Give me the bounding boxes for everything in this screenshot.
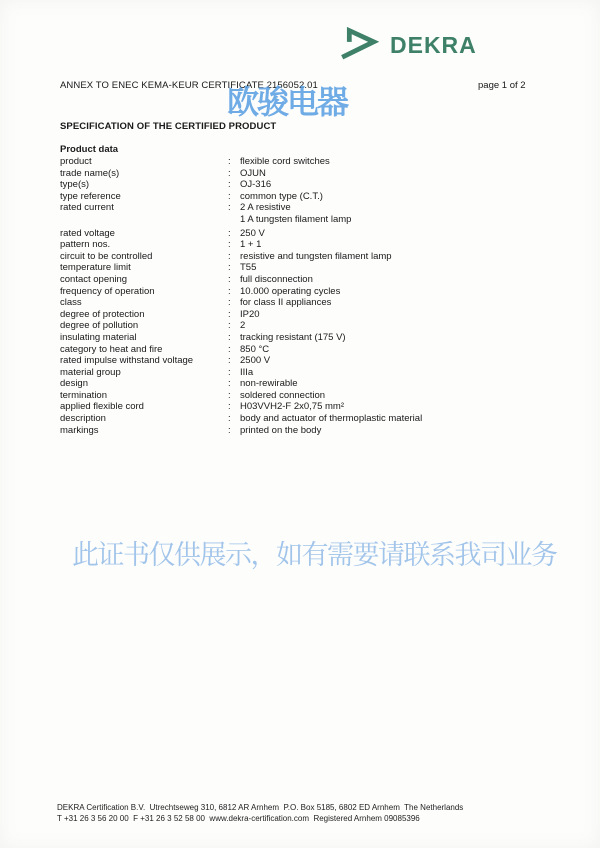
product-row-label: pattern nos. [60, 239, 228, 251]
product-row-label: insulating material [60, 332, 228, 344]
product-row-colon: : [228, 425, 240, 437]
product-row-colon: : [228, 228, 240, 240]
product-row-colon: : [228, 191, 240, 203]
product-row-label: type reference [60, 191, 228, 203]
page-indicator: page 1 of 2 [478, 80, 526, 91]
product-row-label: temperature limit [60, 262, 228, 274]
product-row-value: OJ-316 [240, 179, 550, 191]
product-row-colon: : [228, 262, 240, 274]
product-row: rated current:2 A resistive [60, 202, 550, 214]
product-row-label: degree of protection [60, 309, 228, 321]
product-row: temperature limit:T55 [60, 262, 550, 274]
watermark-company-name: 欧骏电器 [227, 77, 347, 123]
product-row: type(s):OJ-316 [60, 179, 550, 191]
product-row-colon: : [228, 413, 240, 425]
product-row-value: soldered connection [240, 390, 550, 402]
product-row: trade name(s):OJUN [60, 168, 550, 180]
product-row-value: OJUN [240, 168, 550, 180]
product-row-colon: : [228, 202, 240, 214]
product-row: circuit to be controlled:resistive and t… [60, 251, 550, 263]
product-row-label: class [60, 297, 228, 309]
product-row-label: type(s) [60, 179, 228, 191]
product-row-label: contact opening [60, 274, 228, 286]
product-row-colon: : [228, 309, 240, 321]
product-row: degree of pollution:2 [60, 320, 550, 332]
product-row-label: material group [60, 367, 228, 379]
product-row-value: 1 + 1 [240, 239, 550, 251]
product-row-label: design [60, 378, 228, 390]
product-row-colon: : [228, 401, 240, 413]
product-row-colon: : [228, 367, 240, 379]
product-row-colon: : [228, 390, 240, 402]
product-row: description:body and actuator of thermop… [60, 413, 550, 425]
dekra-logo: DEKRA [341, 26, 477, 65]
product-row: class:for class II appliances [60, 297, 550, 309]
product-row-colon: : [228, 378, 240, 390]
product-row-label: rated voltage [60, 228, 228, 240]
dekra-logo-text: DEKRA [390, 32, 477, 59]
product-row-colon: : [228, 156, 240, 168]
product-row: termination:soldered connection [60, 390, 550, 402]
product-row-colon: : [228, 320, 240, 332]
product-row: contact opening:full disconnection [60, 274, 550, 286]
product-row-value: for class II appliances [240, 297, 550, 309]
product-row: design:non-rewirable [60, 378, 550, 390]
product-row-label: description [60, 413, 228, 425]
product-row-value: IIIa [240, 367, 550, 379]
product-row-value: H03VVH2-F 2x0,75 mm² [240, 401, 550, 413]
product-row-colon: : [228, 251, 240, 263]
footer: DEKRA Certification B.V. Utrechtseweg 31… [57, 802, 463, 825]
product-row-colon: : [228, 274, 240, 286]
product-row: rated impulse withstand voltage:2500 V [60, 355, 550, 367]
product-row-colon [228, 214, 240, 226]
product-row-value: tracking resistant (175 V) [240, 332, 550, 344]
product-row-label: product [60, 156, 228, 168]
product-data-table: product:flexible cord switchestrade name… [60, 156, 550, 436]
watermark-display-notice: 此证书仅供展示，如有需要请联系我司业务 [72, 533, 557, 572]
product-row: category to heat and fire:850 °C [60, 344, 550, 356]
product-row-colon: : [228, 297, 240, 309]
product-row: type reference:common type (C.T.) [60, 191, 550, 203]
product-row-label: applied flexible cord [60, 401, 228, 413]
product-row-value: common type (C.T.) [240, 191, 550, 203]
product-row-label: markings [60, 425, 228, 437]
product-row-value: 2 [240, 320, 550, 332]
product-row-value: 850 °C [240, 344, 550, 356]
product-row-label: rated current [60, 202, 228, 214]
product-row-label: frequency of operation [60, 286, 228, 298]
product-data-heading: Product data [60, 144, 118, 155]
product-row: product:flexible cord switches [60, 156, 550, 168]
product-row-value: non-rewirable [240, 378, 550, 390]
product-row: rated voltage:250 V [60, 228, 550, 240]
product-row-label: trade name(s) [60, 168, 228, 180]
product-row-value: IP20 [240, 309, 550, 321]
product-row-value: 250 V [240, 228, 550, 240]
product-row-value: 2 A resistive [240, 202, 550, 214]
footer-address-line: DEKRA Certification B.V. Utrechtseweg 31… [57, 802, 463, 813]
product-row: degree of protection:IP20 [60, 309, 550, 321]
product-row-label [60, 214, 228, 226]
product-row-colon: : [228, 239, 240, 251]
product-row-value: 2500 V [240, 355, 550, 367]
product-row-label: circuit to be controlled [60, 251, 228, 263]
product-row-colon: : [228, 344, 240, 356]
product-row: applied flexible cord:H03VVH2-F 2x0,75 m… [60, 401, 550, 413]
product-row-colon: : [228, 286, 240, 298]
dekra-arrow-icon [341, 26, 379, 65]
product-row: markings:printed on the body [60, 425, 550, 437]
product-row-colon: : [228, 179, 240, 191]
product-row: 1 A tungsten filament lamp [60, 214, 550, 226]
product-row-label: rated impulse withstand voltage [60, 355, 228, 367]
product-row: material group:IIIa [60, 367, 550, 379]
product-row-value: resistive and tungsten filament lamp [240, 251, 550, 263]
product-row: insulating material:tracking resistant (… [60, 332, 550, 344]
product-row-value: 1 A tungsten filament lamp [240, 214, 550, 226]
product-row-label: category to heat and fire [60, 344, 228, 356]
footer-contact-line: T +31 26 3 56 20 00 F +31 26 3 52 58 00 … [57, 813, 463, 824]
certificate-page: DEKRA ANNEX TO ENEC KEMA-KEUR CERTIFICAT… [0, 0, 600, 848]
product-row: frequency of operation:10.000 operating … [60, 286, 550, 298]
product-row-colon: : [228, 355, 240, 367]
product-row-value: T55 [240, 262, 550, 274]
product-row-value: 10.000 operating cycles [240, 286, 550, 298]
product-row-label: degree of pollution [60, 320, 228, 332]
product-row-value: printed on the body [240, 425, 550, 437]
product-row: pattern nos.:1 + 1 [60, 239, 550, 251]
product-row-value: full disconnection [240, 274, 550, 286]
product-row-label: termination [60, 390, 228, 402]
product-row-value: body and actuator of thermoplastic mater… [240, 413, 550, 425]
product-row-colon: : [228, 168, 240, 180]
product-row-colon: : [228, 332, 240, 344]
product-row-value: flexible cord switches [240, 156, 550, 168]
